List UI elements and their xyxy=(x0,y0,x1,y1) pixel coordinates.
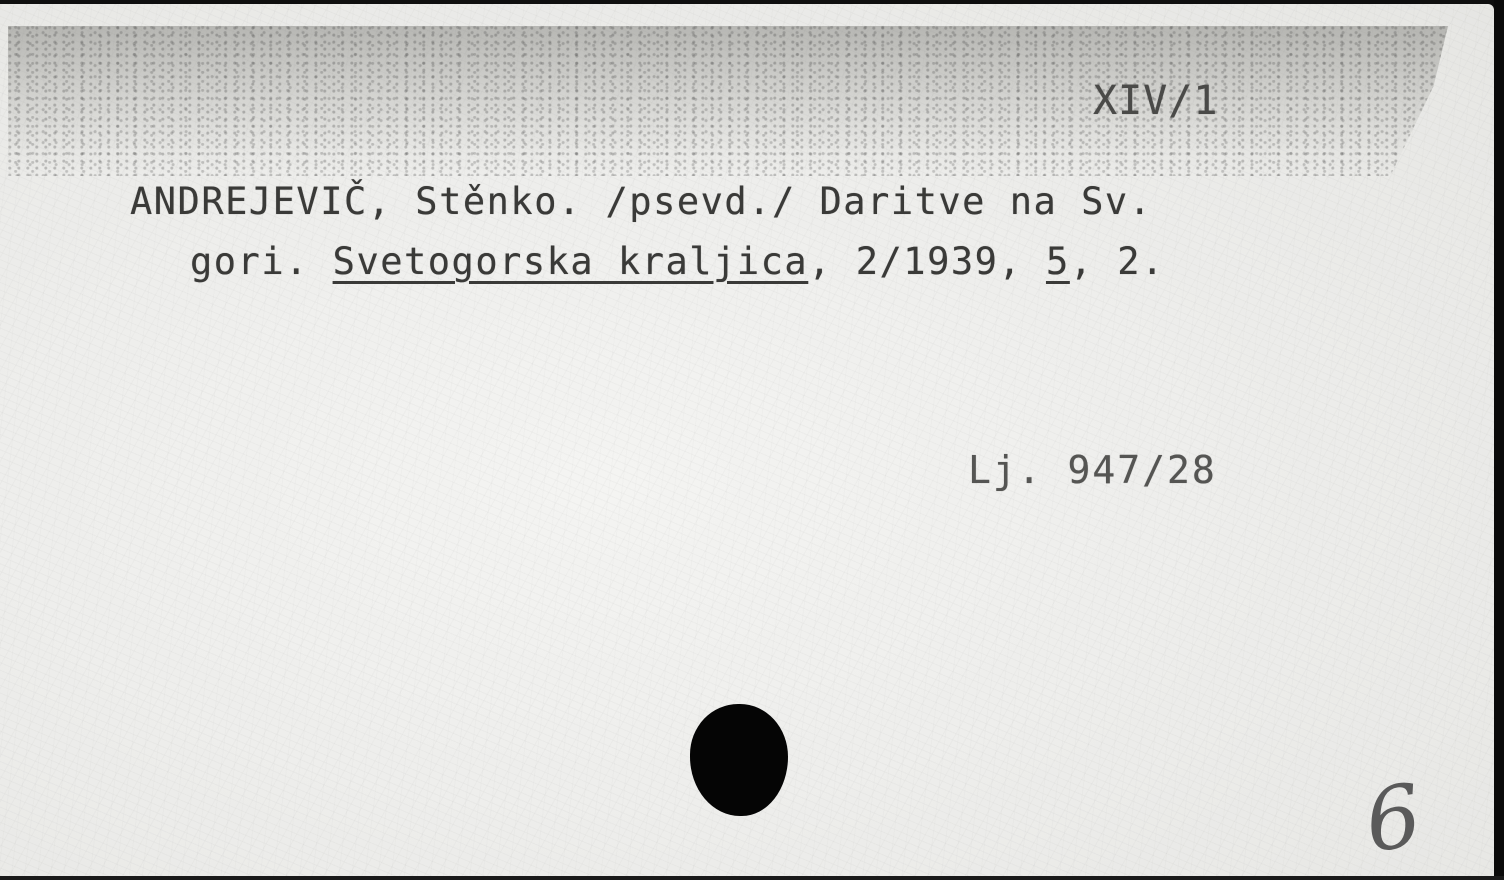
entry-line-2: gori. Svetogorska kraljica, 2/1939, 5, 2… xyxy=(190,240,1165,283)
scanned-catalog-card-image: XIV/1 ANDREJEVIČ, Stěnko. /psevd./ Darit… xyxy=(0,0,1504,880)
shelfmark: Lj. 947/28 xyxy=(968,448,1217,492)
handwritten-number: 6 xyxy=(1360,773,1426,866)
issue-number: 5 xyxy=(1046,240,1070,283)
author-name: ANDREJEVIČ, Stěnko. xyxy=(130,180,582,223)
card-top-stain-band xyxy=(8,26,1448,176)
punch-hole xyxy=(690,704,788,816)
scan-bottom-edge xyxy=(0,876,1504,880)
work-title-end: gori. xyxy=(190,240,309,283)
page-number: , 2. xyxy=(1070,240,1165,283)
entry-line-1: ANDREJEVIČ, Stěnko. /psevd./ Daritve na … xyxy=(130,180,1152,223)
catalog-card: XIV/1 ANDREJEVIČ, Stěnko. /psevd./ Darit… xyxy=(0,4,1494,876)
pseudonym-note: /psevd./ xyxy=(606,180,796,223)
source-details: , 2/1939, xyxy=(808,240,1046,283)
scan-right-edge xyxy=(1494,0,1504,880)
source-publication: Svetogorska kraljica xyxy=(333,240,809,283)
work-title-start: Daritve na Sv. xyxy=(820,180,1153,223)
call-number: XIV/1 xyxy=(1093,78,1218,124)
